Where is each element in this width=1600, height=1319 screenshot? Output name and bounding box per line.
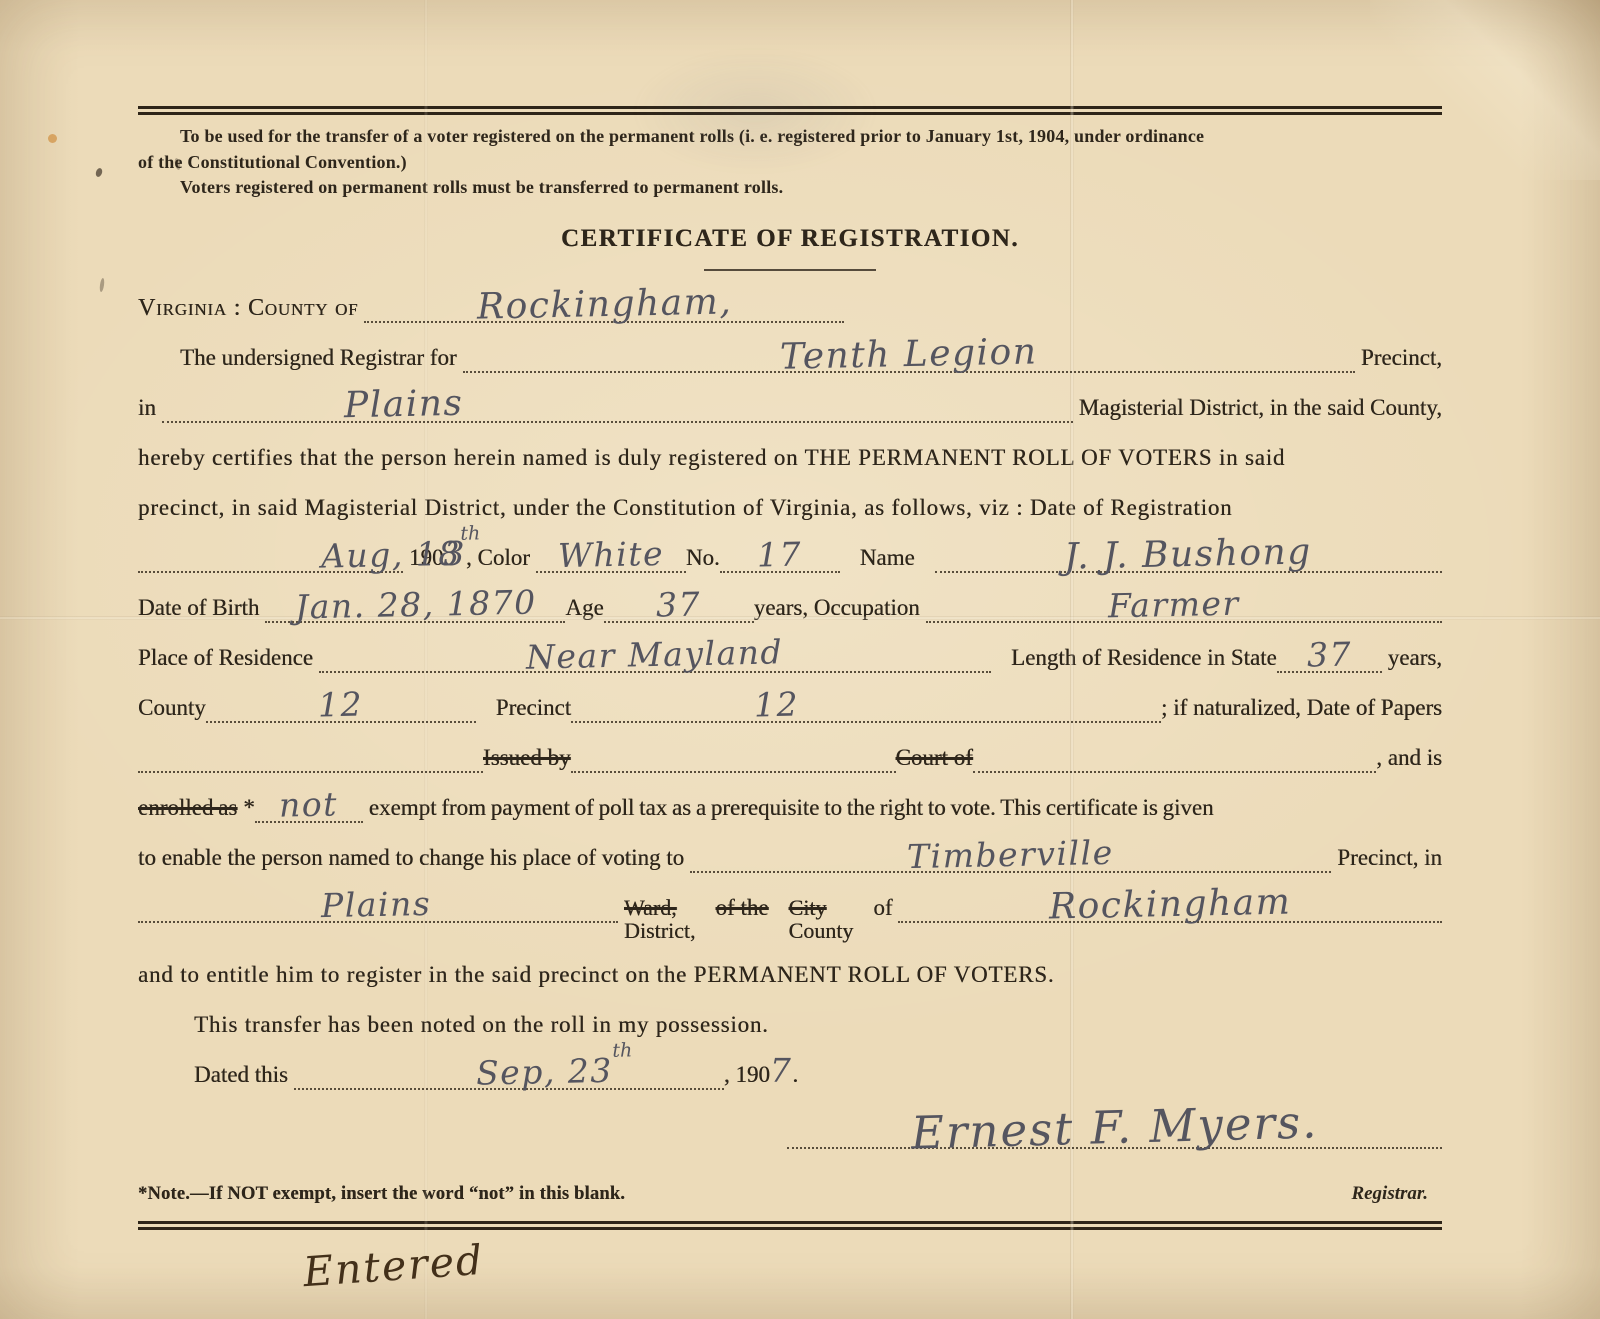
registration-date-row: Aug, 18th 190 3 , Color White No. 17 Nam… xyxy=(138,545,1442,578)
county-precinct-row: County 12 Precinct 12 ; if naturalized, … xyxy=(138,695,1442,728)
ward-label: Ward, xyxy=(624,896,696,920)
residence-row: Place of Residence Near Mayland Length o… xyxy=(138,645,1442,678)
entitle-row: and to entitle him to register in the sa… xyxy=(138,962,1442,995)
registration-date-handwriting: Aug, 18th xyxy=(320,546,480,558)
ward-district-handwriting: Plains xyxy=(321,902,431,907)
new-county-handwriting: Rockingham xyxy=(1049,901,1291,909)
transfer-row: This transfer has been noted on the roll… xyxy=(138,1012,1442,1045)
birth-row: Date of Birth Jan. 28, 1870 Age 37 years… xyxy=(138,595,1442,628)
notice-line: of the Constitutional Convention.) xyxy=(138,150,1442,176)
signature-row: Ernest F. Myers. xyxy=(138,1121,1442,1173)
no-label: No. xyxy=(686,545,720,571)
of-label: of xyxy=(873,895,892,921)
blank-line xyxy=(138,745,483,773)
dated-period: . xyxy=(792,1062,798,1088)
and-is-suffix: , and is xyxy=(1376,745,1442,771)
occupation-label: years, Occupation xyxy=(754,595,920,621)
name-label: Name xyxy=(860,545,915,571)
state-residence-line: 37 xyxy=(1277,645,1382,673)
county-number-line: 12 xyxy=(206,695,476,723)
city-label: City xyxy=(789,896,854,920)
bottom-double-rule xyxy=(138,1221,1442,1230)
color-line: White xyxy=(536,545,686,573)
title-rule xyxy=(704,269,876,271)
enrolled-as-label: enrolled as xyxy=(138,795,237,821)
occupation-line: Farmer xyxy=(926,595,1442,623)
naturalized-suffix: ; if naturalized, Date of Papers xyxy=(1161,695,1442,721)
ward-county-row: Plains Ward, District, of the City Count… xyxy=(138,895,1442,945)
new-precinct-handwriting: Timberville xyxy=(907,851,1114,858)
name-line: J. J. Bushong xyxy=(935,545,1442,573)
dated-row: Dated this Sep, 23th , 190 7 . xyxy=(138,1062,1442,1095)
county-word-label: County xyxy=(789,919,854,943)
voting-change-label: to enable the person named to change his… xyxy=(138,845,684,871)
registrar-caption: Registrar. xyxy=(1351,1183,1428,1205)
transfer-text: This transfer has been noted on the roll… xyxy=(194,1012,769,1038)
footnote-text: *Note.—If NOT exempt, insert the word “n… xyxy=(138,1184,625,1205)
ward-district-stack: Ward, District, xyxy=(624,896,696,944)
dob-handwriting: Jan. 28, 1870 xyxy=(295,601,537,609)
new-precinct-line: Timberville xyxy=(690,845,1331,873)
voting-change-row: to enable the person named to change his… xyxy=(138,845,1442,878)
precinct-in-suffix: Precinct, in xyxy=(1337,845,1442,871)
state-county-label: Virginia : County of xyxy=(138,295,358,322)
registrar-precinct-handwriting: Tenth Legion xyxy=(780,351,1037,359)
registrar-row: The undersigned Registrar for Tenth Legi… xyxy=(138,345,1442,378)
asterisk-mark: * xyxy=(243,795,255,821)
footer-row: *Note.—If NOT exempt, insert the word “n… xyxy=(138,1183,1442,1205)
registrar-signature-handwriting: Ernest F. Myers. xyxy=(911,1120,1318,1135)
residence-line: Near Mayland xyxy=(319,645,991,673)
age-line: 37 xyxy=(604,595,754,623)
city-county-stack: City County xyxy=(789,896,854,944)
color-handwriting: White xyxy=(558,553,664,558)
state-residence-handwriting: 37 xyxy=(1307,653,1352,657)
ward-district-line: Plains xyxy=(138,895,618,923)
county-number-label: County xyxy=(138,695,206,721)
precinct-number-line: 12 xyxy=(571,695,1161,723)
new-county-line: Rockingham xyxy=(898,895,1442,923)
of-the-label: of the xyxy=(716,895,769,921)
county-row: Virginia : County of Rockingham, xyxy=(138,295,1442,328)
dob-label: Date of Birth xyxy=(138,595,259,621)
no-line: 17 xyxy=(720,545,840,573)
years-suffix: years, xyxy=(1388,645,1442,671)
notice-line: To be used for the transfer of a voter r… xyxy=(138,124,1442,150)
magisterial-suffix: Magisterial District, in the said County… xyxy=(1079,395,1442,421)
top-double-rule xyxy=(138,106,1442,115)
certificate-document: To be used for the transfer of a voter r… xyxy=(0,0,1600,1319)
age-label: Age xyxy=(565,595,603,621)
district-label: District, xyxy=(624,919,696,943)
residence-label: Place of Residence xyxy=(138,645,313,671)
occupation-handwriting: Farmer xyxy=(1108,602,1240,607)
precinct-suffix: Precinct, xyxy=(1361,345,1442,371)
no-handwriting: 17 xyxy=(757,553,802,557)
dated-line: Sep, 23th xyxy=(294,1062,724,1090)
viz-row: precinct, in said Magisterial District, … xyxy=(138,495,1442,528)
dated-year-prefix: , 190 xyxy=(724,1062,770,1088)
form-body: Virginia : County of Rockingham, The und… xyxy=(138,295,1442,1095)
document-title: CERTIFICATE OF REGISTRATION. xyxy=(138,225,1442,253)
district-handwriting: Plains xyxy=(344,402,463,407)
registrar-precinct-line: Tenth Legion xyxy=(463,345,1355,373)
not-line: not xyxy=(255,795,363,823)
registration-date-line: Aug, 18th xyxy=(138,545,403,573)
signature-line: Ernest F. Myers. xyxy=(787,1121,1442,1149)
county-number-handwriting: 12 xyxy=(318,703,363,707)
usage-notice: To be used for the transfer of a voter r… xyxy=(138,124,1442,201)
age-handwriting: 37 xyxy=(656,603,701,607)
blank-line xyxy=(571,745,896,773)
notice-line: Voters registered on permanent rolls mus… xyxy=(138,175,1442,201)
certifies-row: hereby certifies that the person herein … xyxy=(138,445,1442,478)
district-line: Plains xyxy=(162,395,1073,423)
dated-handwriting: Sep, 23th xyxy=(476,1063,633,1075)
exempt-row: enrolled as * not exempt from payment of… xyxy=(138,795,1442,828)
court-of-label: Court of xyxy=(896,745,973,771)
dob-line: Jan. 28, 1870 xyxy=(265,595,565,623)
name-handwriting: J. J. Bushong xyxy=(1064,551,1312,559)
county-line: Rockingham, xyxy=(364,295,844,323)
precinct-number-handwriting: 12 xyxy=(754,703,799,707)
dated-label: Dated this xyxy=(194,1062,288,1088)
exempt-text: exempt from payment of poll tax as a pre… xyxy=(369,795,1214,821)
state-residence-label: Length of Residence in State xyxy=(1011,645,1277,671)
registrar-label: The undersigned Registrar for xyxy=(180,345,457,371)
in-label: in xyxy=(138,395,156,421)
issued-by-label: Issued by xyxy=(483,745,571,771)
paper-stain xyxy=(48,134,57,143)
entered-handwriting: Entered xyxy=(302,1235,486,1296)
paper-speck xyxy=(99,278,105,292)
county-handwriting: Rockingham, xyxy=(477,301,732,309)
district-row: in Plains Magisterial District, in the s… xyxy=(138,395,1442,428)
paper-speck xyxy=(95,167,104,178)
residence-handwriting: Near Mayland xyxy=(526,651,783,659)
issued-by-row: Issued by Court of , and is xyxy=(138,745,1442,778)
precinct-number-label: Precinct xyxy=(496,695,571,721)
blank-line xyxy=(973,745,1376,773)
not-handwriting: not xyxy=(279,803,338,807)
